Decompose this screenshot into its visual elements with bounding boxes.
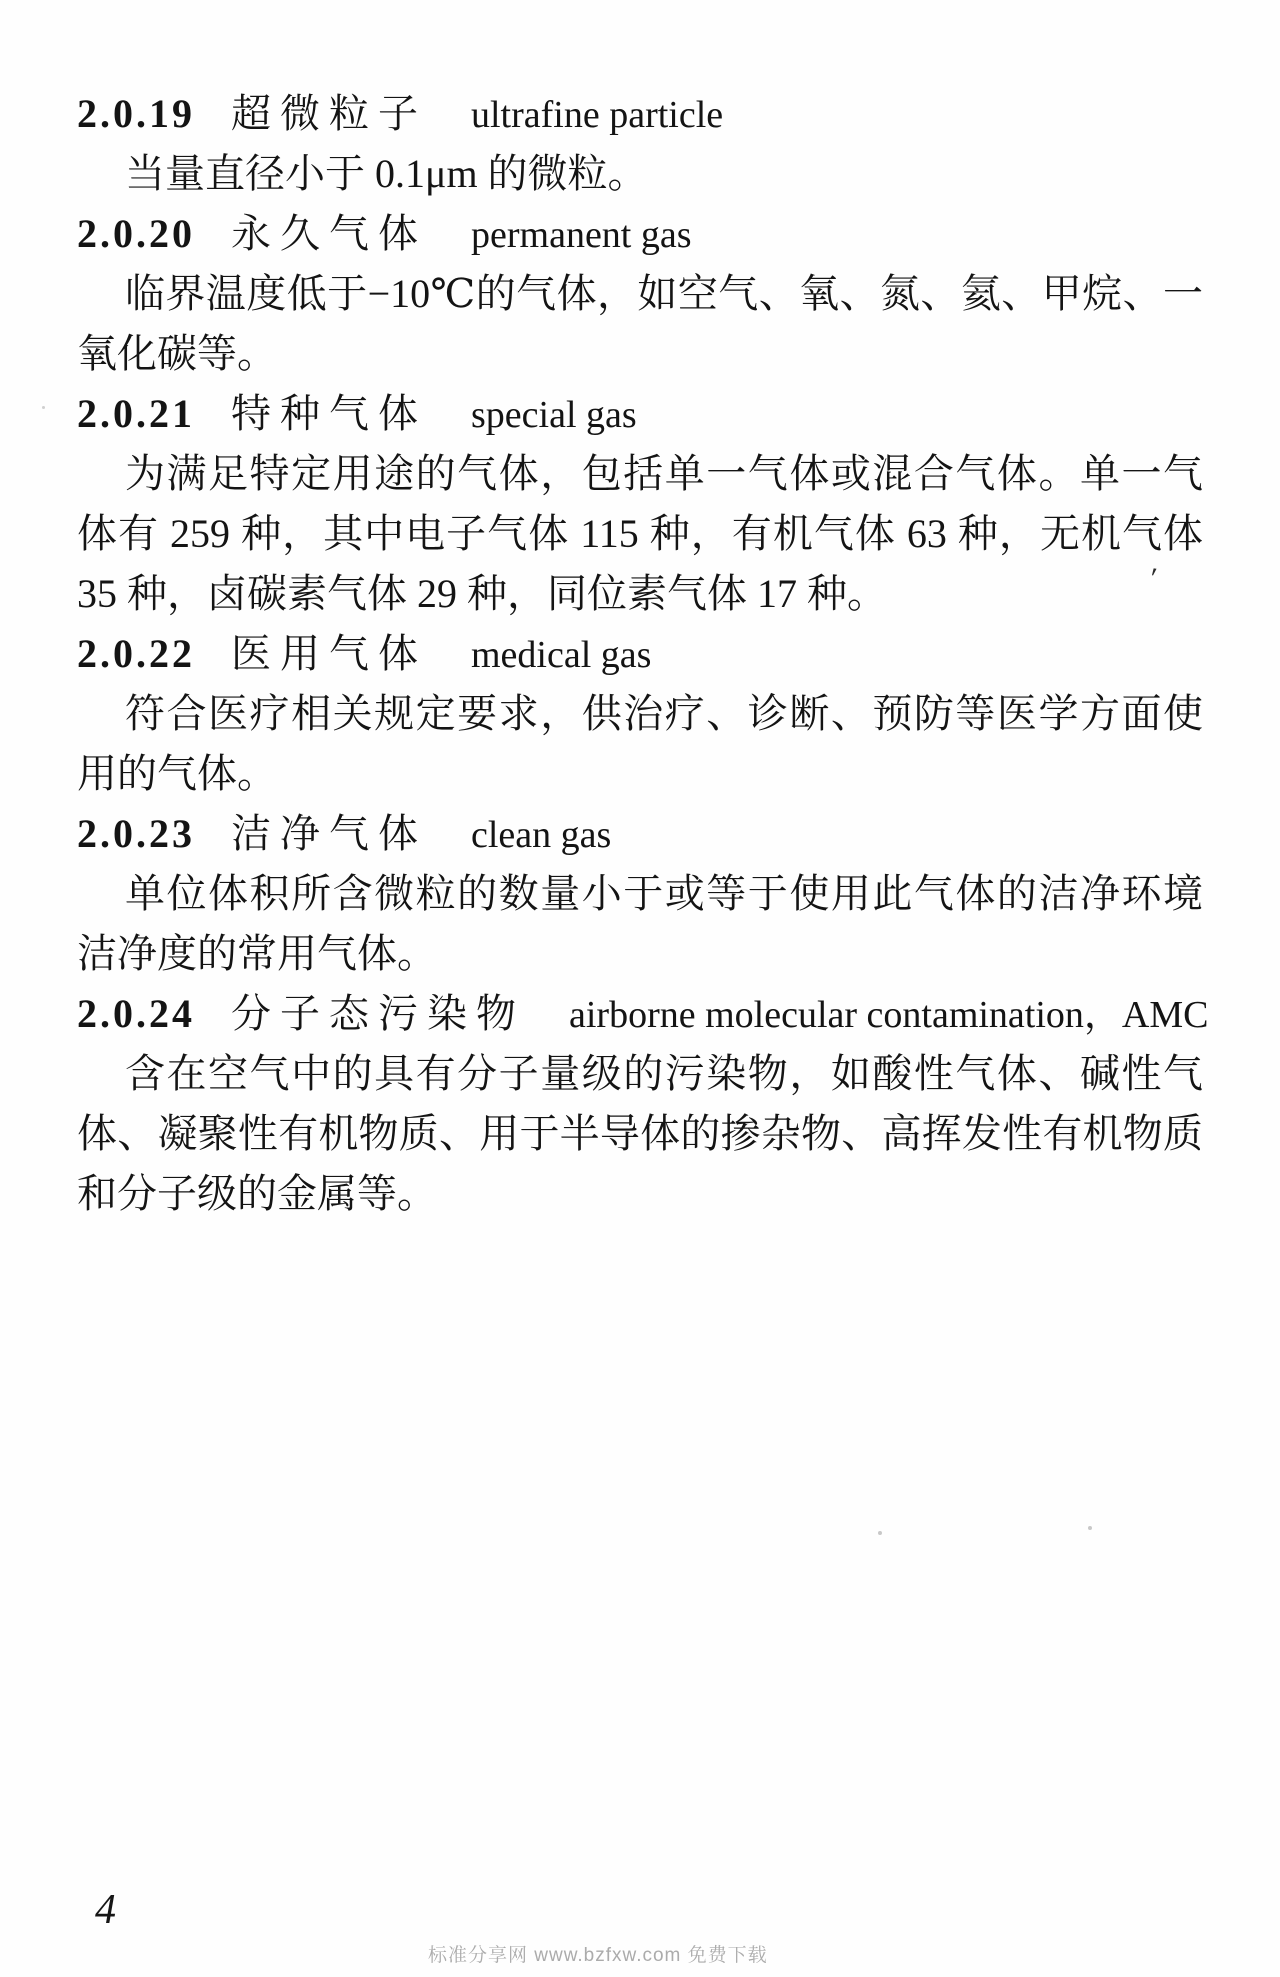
section-2-0-22: 2.0.22医用气体medical gas 符合医疗相关规定要求，供治疗、诊断、… <box>77 624 1203 804</box>
section-2-0-20: 2.0.20永久气体permanent gas 临界温度低于−10℃的气体，如空… <box>77 204 1203 384</box>
section-2-0-19: 2.0.19超微粒子ultrafine particle 当量直径小于 0.1μ… <box>77 84 1203 204</box>
document-page: 2.0.19超微粒子ultrafine particle 当量直径小于 0.1μ… <box>0 0 1280 1977</box>
term-heading: 2.0.20永久气体permanent gas <box>77 204 1203 264</box>
term-english: airborne molecular contamination，AMC <box>569 994 1209 1036</box>
term-definition: 为满足特定用途的气体，包括单一气体或混合气体。单一气体有 259 种，其中电子气… <box>77 444 1203 624</box>
term-definition: 临界温度低于−10℃的气体，如空气、氧、氮、氦、甲烷、一氧化碳等。 <box>77 264 1203 384</box>
terminology-content: 2.0.19超微粒子ultrafine particle 当量直径小于 0.1μ… <box>77 84 1203 1224</box>
term-number: 2.0.19 <box>77 91 195 136</box>
term-number: 2.0.22 <box>77 631 195 676</box>
section-2-0-23: 2.0.23洁净气体clean gas 单位体积所含微粒的数量小于或等于使用此气… <box>77 804 1203 984</box>
watermark-text: 标准分享网 www.bzfxw.com 免费下载 <box>428 1940 768 1967</box>
scan-artifact-dot <box>878 1531 882 1535</box>
term-heading: 2.0.24分子态污染物airborne molecular contamina… <box>77 984 1203 1044</box>
term-english: medical gas <box>471 634 651 676</box>
term-heading: 2.0.22医用气体medical gas <box>77 624 1203 684</box>
term-definition: 单位体积所含微粒的数量小于或等于使用此气体的洁净环境洁净度的常用气体。 <box>77 864 1203 984</box>
term-definition: 符合医疗相关规定要求，供治疗、诊断、预防等医学方面使用的气体。 <box>77 684 1203 804</box>
term-heading: 2.0.23洁净气体clean gas <box>77 804 1203 864</box>
term-english: clean gas <box>471 814 611 856</box>
term-chinese: 医用气体 <box>231 631 427 676</box>
term-english: ultrafine particle <box>471 94 723 136</box>
term-number: 2.0.24 <box>77 991 195 1036</box>
term-heading: 2.0.21特种气体special gas <box>77 384 1203 444</box>
term-chinese: 特种气体 <box>231 391 427 436</box>
term-chinese: 分子态污染物 <box>231 991 525 1036</box>
term-heading: 2.0.19超微粒子ultrafine particle <box>77 84 1203 144</box>
term-chinese: 洁净气体 <box>231 811 427 856</box>
term-definition: 含在空气中的具有分子量级的污染物，如酸性气体、碱性气体、凝聚性有机物质、用于半导… <box>77 1044 1203 1224</box>
term-chinese: 超微粒子 <box>231 91 427 136</box>
scan-artifact-dot <box>42 406 45 409</box>
term-chinese: 永久气体 <box>231 211 427 256</box>
section-2-0-21: 2.0.21特种气体special gas 为满足特定用途的气体，包括单一气体或… <box>77 384 1203 624</box>
section-2-0-24: 2.0.24分子态污染物airborne molecular contamina… <box>77 984 1203 1224</box>
scan-artifact-dot <box>1088 1526 1092 1530</box>
term-number: 2.0.23 <box>77 811 195 856</box>
term-english: permanent gas <box>471 214 692 256</box>
term-number: 2.0.21 <box>77 391 195 436</box>
page-number: 4 <box>95 1886 116 1934</box>
term-definition: 当量直径小于 0.1μm 的微粒。 <box>77 144 1203 204</box>
term-english: special gas <box>471 394 637 436</box>
term-number: 2.0.20 <box>77 211 195 256</box>
